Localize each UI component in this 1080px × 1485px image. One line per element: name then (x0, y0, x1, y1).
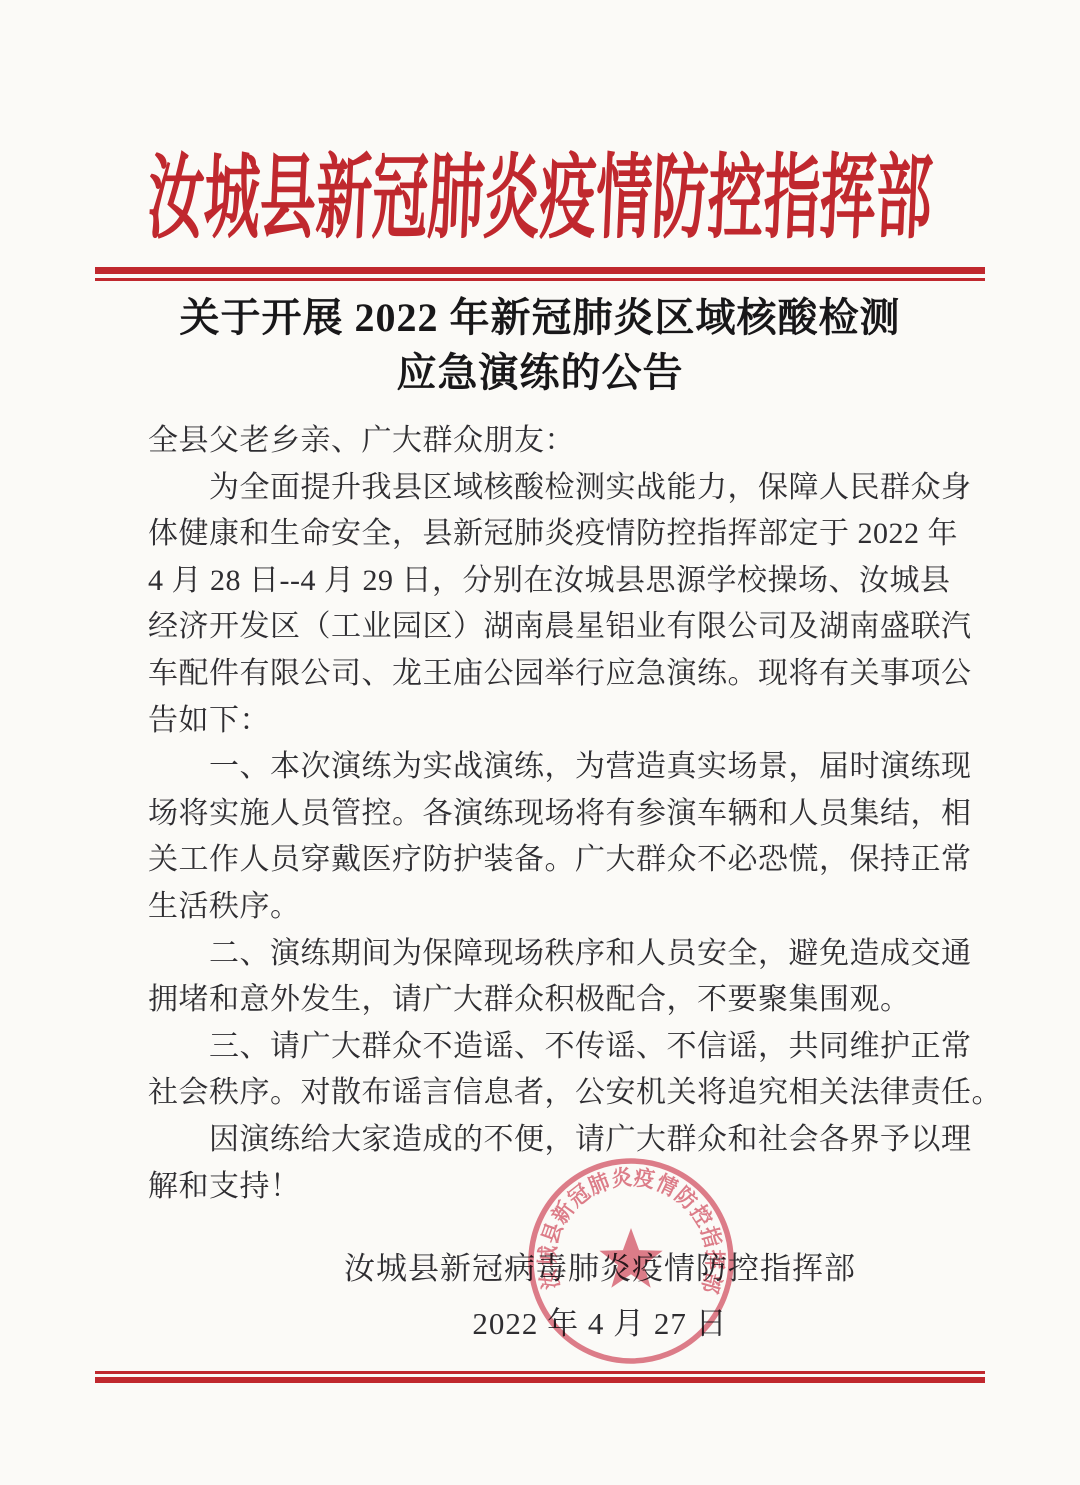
header-rule-thick-line (95, 267, 985, 274)
body-line: 解和支持！ (148, 1164, 948, 1211)
body-line: 一、本次演练为实战演练，为营造真实场景，届时演练现 (148, 744, 948, 791)
body-line: 全县父老乡亲、广大群众朋友： (148, 418, 948, 465)
signature-org: 汝城县新冠病毒肺炎疫情防控指挥部 (60, 1243, 1080, 1288)
body-line: 车配件有限公司、龙王庙公园举行应急演练。现将有关事项公 (148, 651, 948, 698)
body-line: 经济开发区（工业园区）湖南晨星铝业有限公司及湖南盛联汽 (148, 604, 948, 651)
header-rule (95, 267, 985, 281)
body-line: 生活秩序。 (148, 884, 948, 931)
notice-title-line1: 关于开展 2022 年新冠肺炎区域核酸检测 (0, 290, 1080, 345)
body-line: 二、演练期间为保障现场秩序和人员安全，避免造成交通 (148, 931, 948, 978)
body-line: 体健康和生命安全，县新冠肺炎疫情防控指挥部定于 2022 年 (148, 511, 948, 558)
notice-body: 全县父老乡亲、广大群众朋友： 为全面提升我县区域核酸检测实战能力，保障人民群众身… (148, 418, 948, 1210)
signature-date: 2022 年 4 月 27 日 (60, 1298, 1080, 1343)
letterhead-title: 汝城县新冠肺炎疫情防控指挥部 (0, 118, 1080, 283)
document-page: 汝城县新冠肺炎疫情防控指挥部 关于开展 2022 年新冠肺炎区域核酸检测 应急演… (0, 0, 1080, 1485)
body-line: 为全面提升我县区域核酸检测实战能力，保障人民群众身 (148, 465, 948, 512)
header-rule-thin-line (95, 278, 985, 281)
body-line: 关工作人员穿戴医疗防护装备。广大群众不必恐慌，保持正常 (148, 837, 948, 884)
notice-title-line2: 应急演练的公告 (0, 345, 1080, 400)
body-line: 社会秩序。对散布谣言信息者，公安机关将追究相关法律责任。 (148, 1070, 948, 1117)
body-line: 4 月 28 日--4 月 29 日，分别在汝城县思源学校操场、汝城县 (148, 558, 948, 605)
body-line: 场将实施人员管控。各演练现场将有参演车辆和人员集结，相 (148, 791, 948, 838)
footer-rule (95, 1371, 985, 1383)
footer-rule-thick-line (95, 1377, 985, 1383)
notice-title: 关于开展 2022 年新冠肺炎区域核酸检测 应急演练的公告 (0, 290, 1080, 400)
body-line: 因演练给大家造成的不便，请广大群众和社会各界予以理 (148, 1117, 948, 1164)
body-line: 拥堵和意外发生，请广大群众积极配合，不要聚集围观。 (148, 977, 948, 1024)
body-line: 三、请广大群众不造谣、不传谣、不信谣，共同维护正常 (148, 1024, 948, 1071)
body-line: 告如下： (148, 698, 948, 745)
